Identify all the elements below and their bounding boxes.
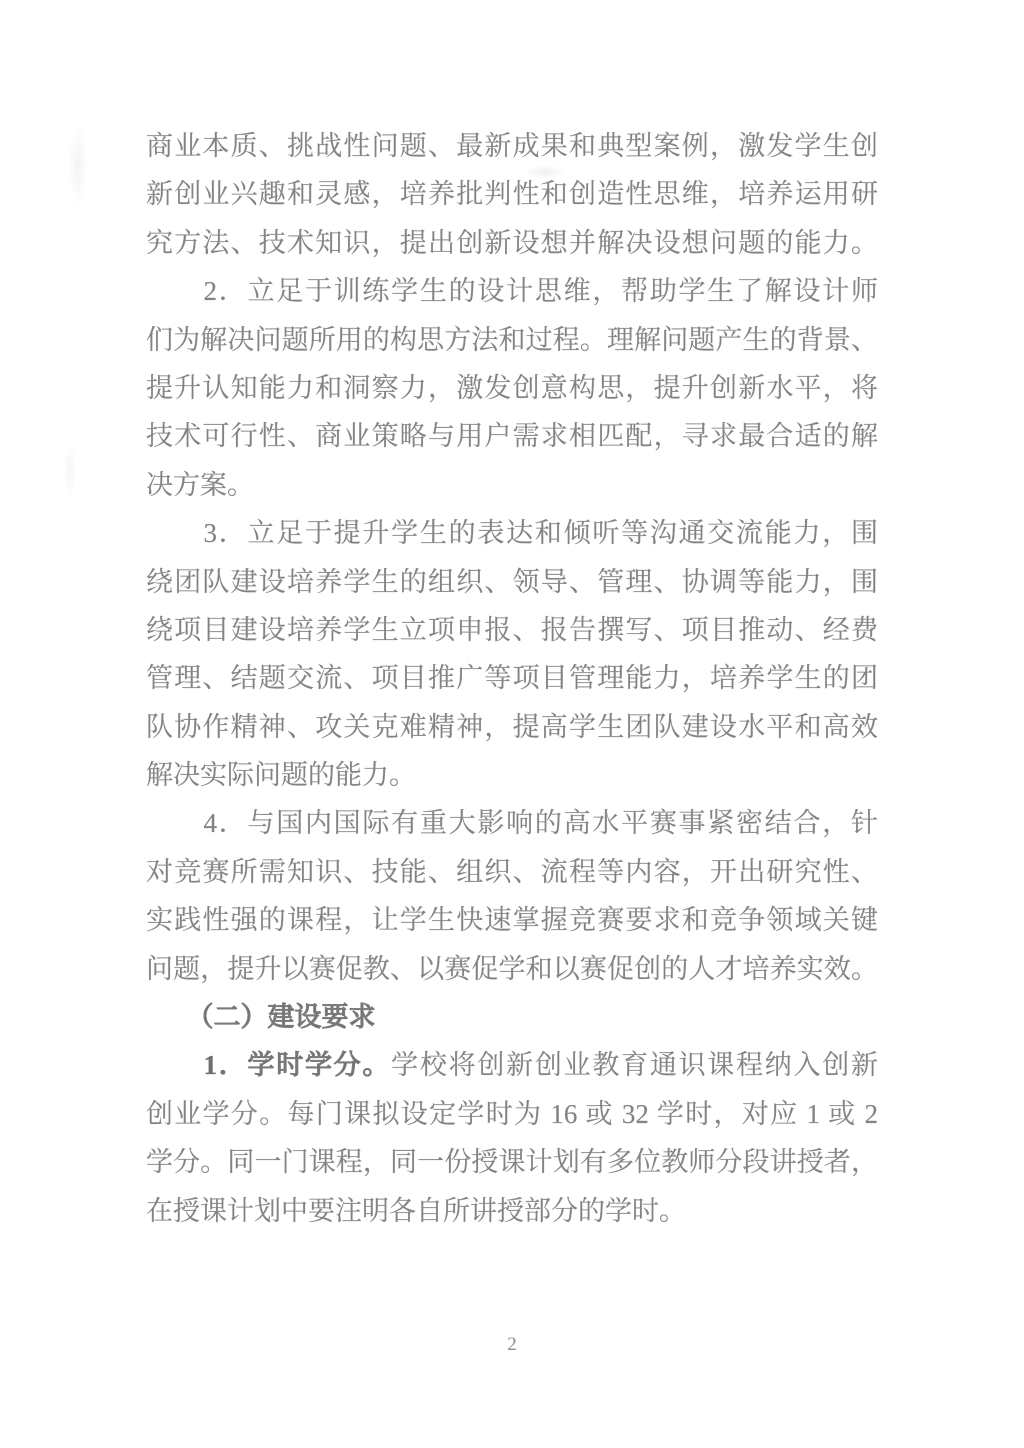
heading-construction-requirements-line-1: （二）建设要求 [146,993,878,1041]
text-segment: 绕团队建设培养学生的组织、领导、管理、协调等能力，围 [146,567,878,597]
para-1-continuation-line-3: 究方法、技术知识，提出创新设想并解决设想问题的能力。 [146,219,878,267]
text-segment: 提升认知能力和洞察力，激发创意构思，提升创新水平，将 [146,373,878,403]
para-1-continuation-line-1: 商业本质、挑战性问题、最新成果和典型案例，激发学生创 [146,122,878,170]
text-segment: 在授课计划中要注明各自所讲授部分的学时。 [146,1196,686,1226]
text-segment: 3．立足于提升学生的表达和倾听等沟通交流能力，围 [146,518,878,548]
text-segment: 商业本质、挑战性问题、最新成果和典型案例，激发学生创 [146,131,878,161]
text-segment: 究方法、技术知识，提出创新设想并解决设想问题的能力。 [146,228,878,258]
para-2-design-thinking-line-4: 技术可行性、商业策略与用户需求相匹配，寻求最合适的解 [146,412,878,460]
para-5-credit-hours-line-2: 创业学分。每门课拟设定学时为 16 或 32 学时，对应 1 或 2 [146,1090,878,1138]
para-3-communication-teamwork-line-1: 3．立足于提升学生的表达和倾听等沟通交流能力，围 [146,509,878,557]
text-segment: 技术可行性、商业策略与用户需求相匹配，寻求最合适的解 [146,421,878,451]
para-2-design-thinking-line-5: 决方案。 [146,461,878,509]
text-segment: 学分。同一门课程，同一份授课计划有多位教师分段讲授者， [146,1147,878,1177]
para-4-competitions-line-2: 对竞赛所需知识、技能、组织、流程等内容，开出研究性、 [146,848,878,896]
text-segment: 绕项目建设培养学生立项申报、报告撰写、项目推动、经费 [146,615,878,645]
para-3-communication-teamwork-line-2: 绕团队建设培养学生的组织、领导、管理、协调等能力，围 [146,558,878,606]
text-segment: 管理、结题交流、项目推广等项目管理能力，培养学生的团 [146,663,878,693]
text-segment [146,1050,203,1080]
para-1-continuation-line-2: 新创业兴趣和灵感，培养批判性和创造性思维，培养运用研 [146,170,878,218]
para-4-competitions-line-3: 实践性强的课程，让学生快速掌握竞赛要求和竞争领域关键 [146,896,878,944]
para-3-communication-teamwork-line-6: 解决实际问题的能力。 [146,751,878,799]
para-3-communication-teamwork-line-5: 队协作精神、攻关克难精神，提高学生团队建设水平和高效 [146,703,878,751]
para-5-credit-hours-line-4: 在授课计划中要注明各自所讲授部分的学时。 [146,1187,878,1235]
text-segment: 新创业兴趣和灵感，培养批判性和创造性思维，培养运用研 [146,179,878,209]
document-body: 商业本质、挑战性问题、最新成果和典型案例，激发学生创新创业兴趣和灵感，培养批判性… [146,122,878,1235]
text-segment: 们为解决问题所用的构思方法和过程。理解问题产生的背景、 [146,325,878,355]
bold-text-segment: 1．学时学分。 [203,1050,391,1080]
text-segment: 学校将创新创业教育通识课程纳入创新 [391,1050,878,1080]
text-segment: 4．与国内国际有重大影响的高水平赛事紧密结合，针 [146,808,878,838]
para-2-design-thinking-line-3: 提升认知能力和洞察力，激发创意构思，提升创新水平，将 [146,364,878,412]
text-segment: 2．立足于训练学生的设计思维，帮助学生了解设计师 [146,276,878,306]
document-page: 商业本质、挑战性问题、最新成果和典型案例，激发学生创新创业兴趣和灵感，培养批判性… [0,0,1024,1448]
para-4-competitions-line-1: 4．与国内国际有重大影响的高水平赛事紧密结合，针 [146,799,878,847]
text-segment: 队协作精神、攻关克难精神，提高学生团队建设水平和高效 [146,712,878,742]
para-2-design-thinking-line-2: 们为解决问题所用的构思方法和过程。理解问题产生的背景、 [146,316,878,364]
para-3-communication-teamwork-line-4: 管理、结题交流、项目推广等项目管理能力，培养学生的团 [146,654,878,702]
para-5-credit-hours-line-3: 学分。同一门课程，同一份授课计划有多位教师分段讲授者， [146,1138,878,1186]
page-number: 2 [0,1334,1024,1356]
text-segment: 问题，提升以赛促教、以赛促学和以赛促创的人才培养实效。 [146,954,878,984]
text-segment: 对竞赛所需知识、技能、组织、流程等内容，开出研究性、 [146,857,878,887]
para-2-design-thinking-line-1: 2．立足于训练学生的设计思维，帮助学生了解设计师 [146,267,878,315]
text-segment: 决方案。 [146,470,254,500]
text-segment: 实践性强的课程，让学生快速掌握竞赛要求和竞争领域关键 [146,905,878,935]
para-3-communication-teamwork-line-3: 绕项目建设培养学生立项申报、报告撰写、项目推动、经费 [146,606,878,654]
para-5-credit-hours-line-1: 1．学时学分。学校将创新创业教育通识课程纳入创新 [146,1041,878,1089]
text-segment: 解决实际问题的能力。 [146,760,416,790]
text-segment: 创业学分。每门课拟设定学时为 16 或 32 学时，对应 1 或 2 [146,1099,878,1129]
para-4-competitions-line-4: 问题，提升以赛促教、以赛促学和以赛促创的人才培养实效。 [146,945,878,993]
bold-text-segment: （二）建设要求 [146,1002,376,1032]
